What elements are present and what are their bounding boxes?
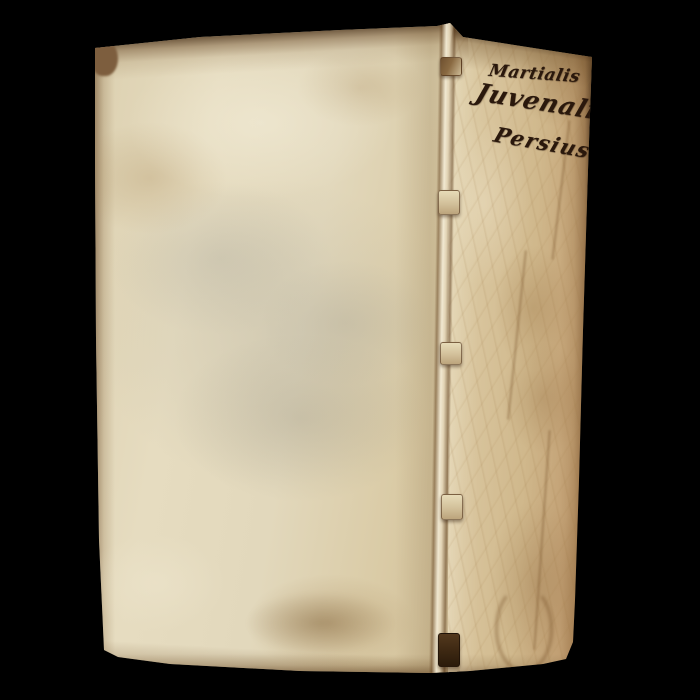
cover-smudge: [245, 592, 395, 654]
sewing-tie: [441, 494, 463, 520]
sewing-tie-head: [440, 57, 462, 76]
sewing-tie-tail: [438, 633, 460, 667]
vellum-book: Martialis Juvenalis Persius: [0, 0, 700, 700]
spine-stain: [495, 585, 553, 673]
photo-background: Martialis Juvenalis Persius: [0, 0, 700, 700]
front-cover: [95, 23, 457, 674]
worn-corner: [92, 40, 118, 76]
sewing-tie: [438, 190, 460, 215]
sewing-tie: [440, 342, 462, 365]
